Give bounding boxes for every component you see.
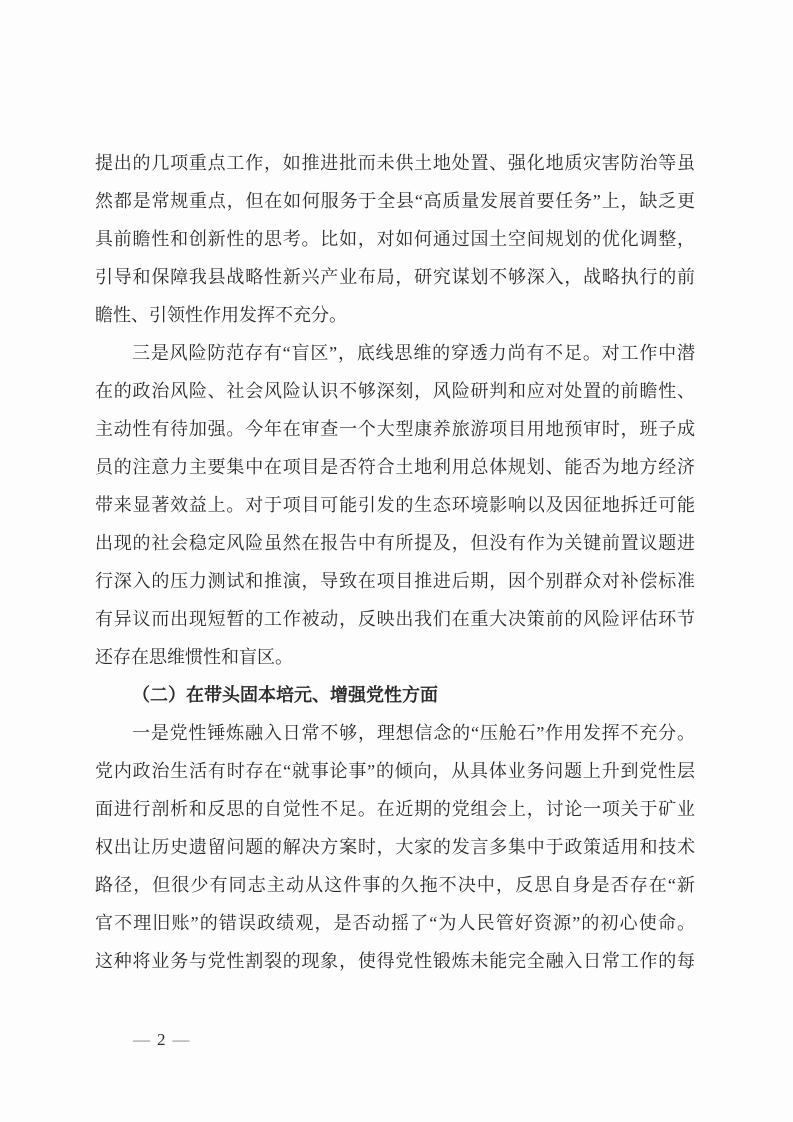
text-line: 这种将业务与党性割裂的现象，使得党性锻炼未能完全融入日常工作的每 (95, 942, 695, 980)
text-line: 官不理旧账”的错误政绩观，是否动摇了“为人民管好资源”的初心使命。 (95, 904, 695, 942)
document-page: 提出的几项重点工作，如推进批而未供土地处置、强化地质灾害防治等虽然都是常规重点，… (0, 0, 793, 1122)
text-line: 具前瞻性和创新性的思考。比如，对如何通过国土空间规划的优化调整， (95, 220, 695, 258)
page-number-dash-left: — (133, 1030, 150, 1049)
page-number-dash-right: — (173, 1030, 190, 1049)
text-line: 出现的社会稳定风险虽然在报告中有所提及，但没有作为关键前置议题进 (95, 524, 695, 562)
text-line: 引导和保障我县战略性新兴产业布局，研究谋划不够深入，战略执行的前 (95, 258, 695, 296)
text-line: 一是党性锤炼融入日常不够，理想信念的“压舱石”作用发挥不充分。 (95, 714, 695, 752)
text-line: 主动性有待加强。今年在审查一个大型康养旅游项目用地预审时，班子成 (95, 410, 695, 448)
text-line: 在的政治风险、社会风险认识不够深刻，风险研判和应对处置的前瞻性、 (95, 372, 695, 410)
section-heading: （二）在带头固本培元、增强党性方面 (95, 676, 695, 714)
text-line: 带来显著效益上。对于项目可能引发的生态环境影响以及因征地拆迁可能 (95, 486, 695, 524)
text-line: 提出的几项重点工作，如推进批而未供土地处置、强化地质灾害防治等虽 (95, 144, 695, 182)
text-line: 党内政治生活有时存在“就事论事”的倾向，从具体业务问题上升到党性层 (95, 752, 695, 790)
text-line: 路径，但很少有同志主动从这件事的久拖不决中，反思自身是否存在“新 (95, 866, 695, 904)
text-line: 然都是常规重点，但在如何服务于全县“高质量发展首要任务”上，缺乏更 (95, 182, 695, 220)
text-line: 权出让历史遗留问题的解决方案时，大家的发言多集中于政策适用和技术 (95, 828, 695, 866)
text-line: 面进行剖析和反思的自觉性不足。在近期的党组会上，讨论一项关于矿业 (95, 790, 695, 828)
text-line: 行深入的压力测试和推演，导致在项目推进后期，因个别群众对补偿标准 (95, 562, 695, 600)
page-number: —2— (133, 1029, 190, 1051)
text-line: 员的注意力主要集中在项目是否符合土地利用总体规划、能否为地方经济 (95, 448, 695, 486)
text-line: 瞻性、引领性作用发挥不充分。 (95, 296, 695, 334)
text-line: 有异议而出现短暂的工作被动，反映出我们在重大决策前的风险评估环节 (95, 600, 695, 638)
text-line: 还存在思维惯性和盲区。 (95, 638, 695, 676)
page-number-value: 2 (157, 1030, 166, 1049)
document-body: 提出的几项重点工作，如推进批而未供土地处置、强化地质灾害防治等虽然都是常规重点，… (95, 144, 695, 980)
text-line: 三是风险防范存有“盲区”，底线思维的穿透力尚有不足。对工作中潜 (95, 334, 695, 372)
